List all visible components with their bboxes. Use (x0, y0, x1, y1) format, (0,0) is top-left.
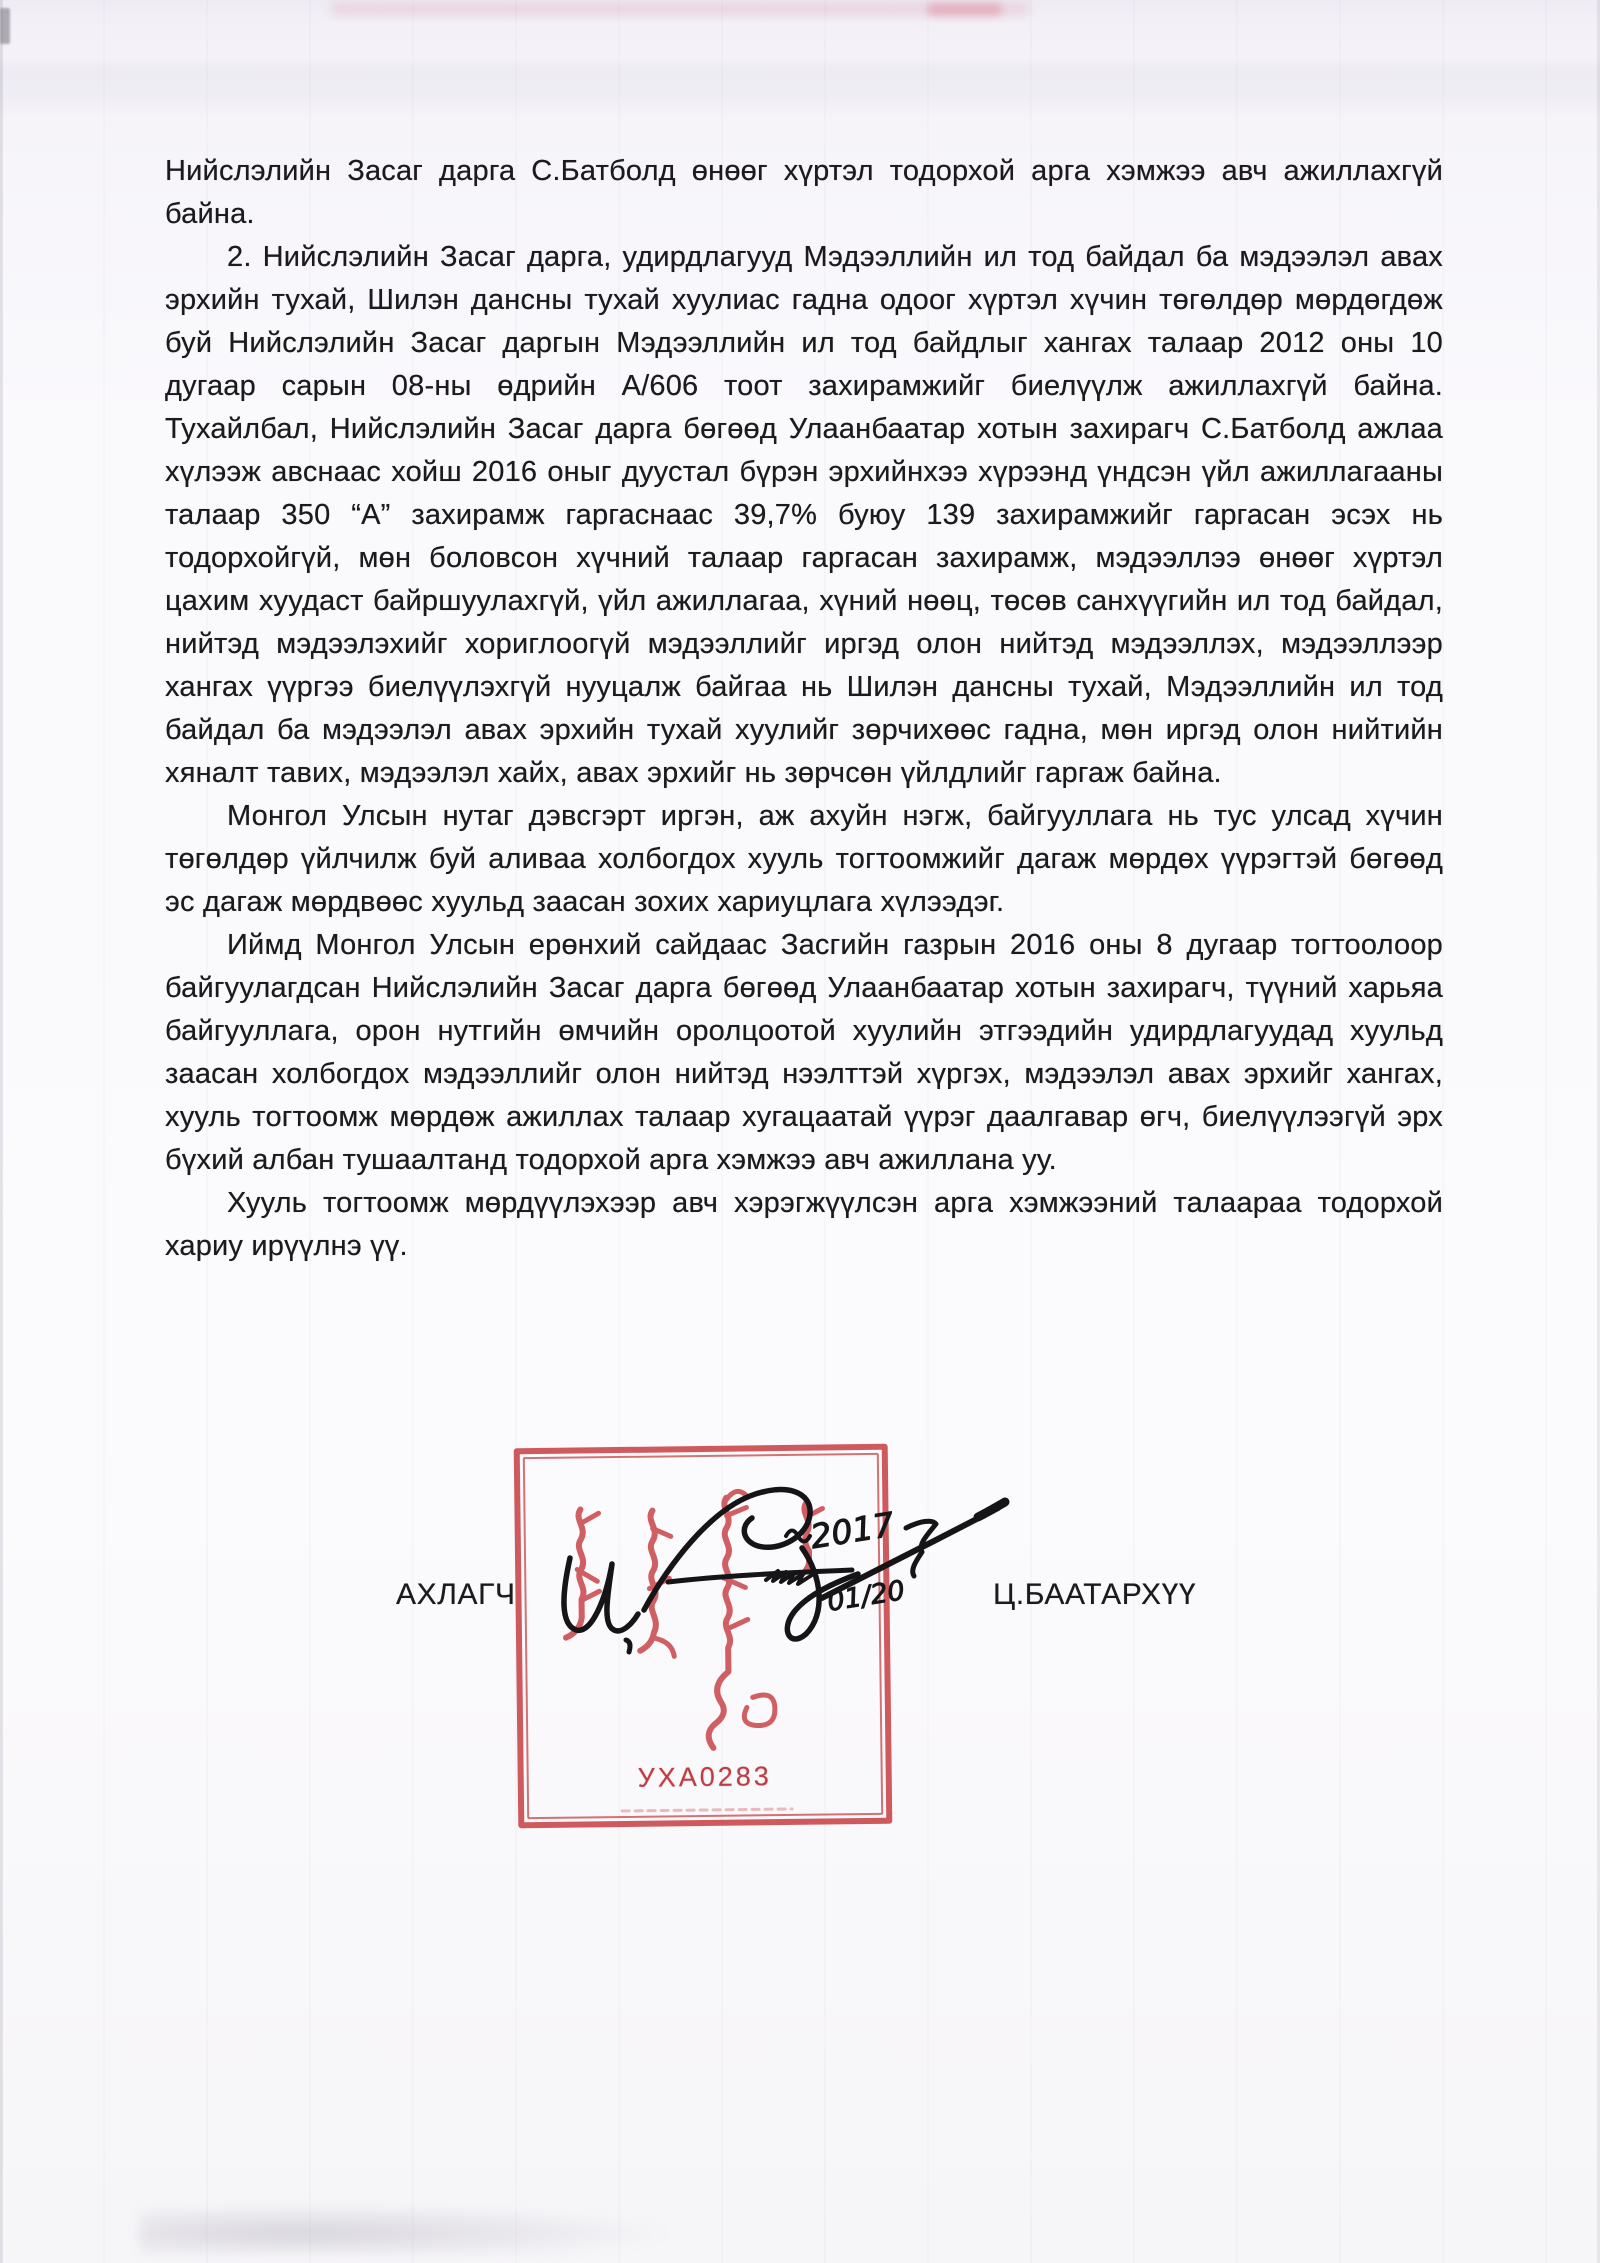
paragraph-reply-request: Хууль тогтоомж мөрдүүлэхээр авч хэрэгжүү… (165, 1182, 1443, 1268)
signature-stroke (644, 1490, 810, 1610)
paragraph-legal-duty: Монгол Улсын нутаг дэвсгэрт иргэн, аж ах… (165, 795, 1443, 924)
left-edge-artifact (0, 0, 3, 2263)
signer-title: АХЛАГЧ (396, 1578, 516, 1612)
stamp-serial-code: УХА0283 (518, 1760, 892, 1796)
corner-mark-artifact (0, 8, 10, 44)
letter-body: Нийслэлийн Засаг дарга С.Батболд өнөөг х… (165, 150, 1443, 1268)
paragraph-continuation: Нийслэлийн Засаг дарга С.Батболд өнөөг х… (165, 150, 1443, 236)
stamp-bottom-smudge (622, 1809, 792, 1811)
bottom-smudge-artifact (140, 2203, 680, 2253)
signature-stroke (668, 1570, 852, 1582)
signature-stroke (626, 1640, 630, 1652)
top-red-ghost-artifact (928, 3, 1002, 16)
handwritten-year: 2017 (808, 1505, 897, 1557)
signature-stroke (906, 1521, 936, 1576)
paragraph-demand: Иймд Монгол Улсын ерөнхий сайдаас Засгий… (165, 924, 1443, 1182)
scanned-document-page: Нийслэлийн Засаг дарга С.Батболд өнөөг х… (0, 0, 1600, 2263)
signature-stroke (978, 1502, 1005, 1517)
paragraph-item-2: 2. Нийслэлийн Засаг дарга, удирдлагууд М… (165, 236, 1443, 795)
handwritten-signature: 2017 01/20 (540, 1442, 1040, 1677)
signature-stroke (564, 1558, 638, 1631)
top-ink-bleed-artifact (330, 2, 1030, 16)
